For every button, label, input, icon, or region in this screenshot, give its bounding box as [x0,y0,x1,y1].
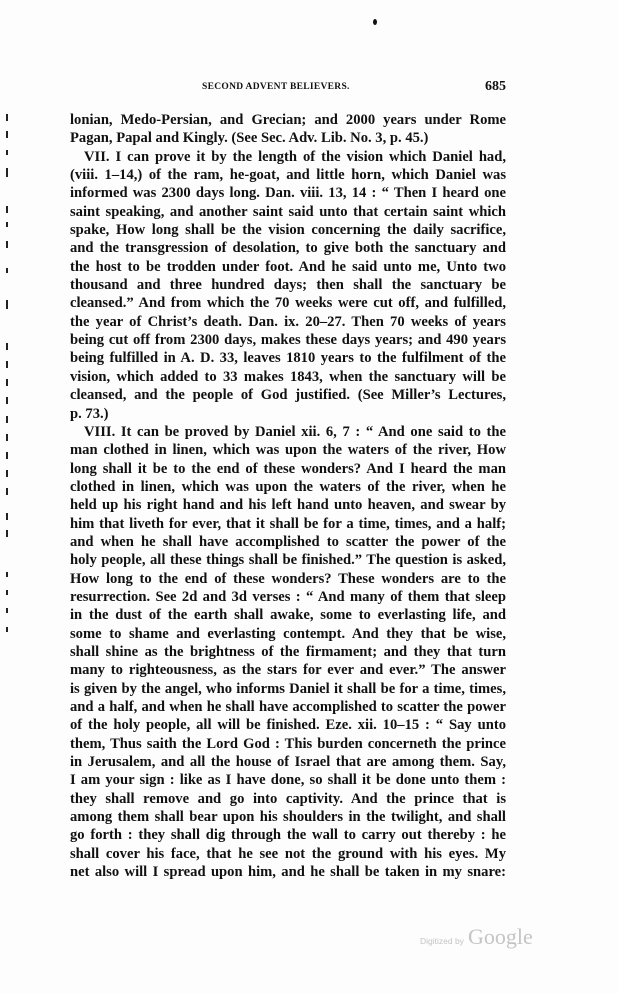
text-line: saint speaking, and another saint said u… [70,203,506,221]
text-line: some to shame and everlasting contempt. … [70,625,506,643]
text-line: long shall it be to the end of these won… [70,460,506,478]
ink-speck [373,19,377,25]
text-line: the host to be trodden under foot. And h… [70,258,506,276]
text-line: of the holy people, all will be finished… [70,716,506,734]
text-line: and a half, and when he shall have accom… [70,698,506,716]
page-number: 685 [485,79,506,95]
text-line: vision, which added to 33 makes 1843, wh… [70,368,506,386]
text-line: in Jerusalem, and all the house of Israe… [70,753,506,771]
text-line: shall cover his face, that he see not th… [70,845,506,863]
text-line: VII. I can prove it by the length of the… [70,148,506,166]
text-line: held up his right hand and his left hand… [70,496,506,514]
text-line: in the dust of the earth shall awake, so… [70,606,506,624]
text-line: and when he shall have accomplished to s… [70,533,506,551]
text-line: Pagan, Papal and Kingly. (See Sec. Adv. … [70,129,506,147]
text-line: p. 73.) [70,405,506,423]
text-line: holy people, all these things shall be f… [70,551,506,569]
text-line: them, Thus saith the Lord God : This bur… [70,735,506,753]
text-line: resurrection. See 2d and 3d verses : “ A… [70,588,506,606]
text-line: go forth : they shall dig through the wa… [70,826,506,844]
text-line: being fulfilled in A. D. 33, leaves 1810… [70,349,506,367]
text-line: cleansed, and the people of God justifie… [70,386,506,404]
text-line: clothed in linen, which was upon the wat… [70,478,506,496]
text-line: among them shall bear upon his shoulders… [70,808,506,826]
text-line: spake, How long shall be the vision conc… [70,221,506,239]
running-title: SECOND ADVENT BELIEVERS. [202,82,350,92]
text-line: is given by the angel, who informs Danie… [70,680,506,698]
watermark-prefix: Digitized by [420,936,464,946]
text-line: (viii. 1–14,) of the ram, he-goat, and l… [70,166,506,184]
text-line: lonian, Medo-Persian, and Grecian; and 2… [70,111,506,129]
text-line: thousand and three hundred days; then sh… [70,276,506,294]
left-margin-bleed-marks [6,0,18,993]
page-header: SECOND ADVENT BELIEVERS. 685 [70,80,506,98]
text-line: informed was 2300 days long. Dan. viii. … [70,184,506,202]
text-line: being cut off from 2300 days, makes thes… [70,331,506,349]
digitized-by-google-watermark: Digitized by Google [420,924,533,950]
text-line: man clothed in linen, which was upon the… [70,441,506,459]
text-line: him that liveth for ever, that it shall … [70,515,506,533]
text-line: many to righteousness, as the stars for … [70,661,506,679]
text-line: How long to the end of these wonders? Th… [70,570,506,588]
google-logo-text: Google [468,924,533,949]
text-line: cleansed.” And from which the 70 weeks w… [70,294,506,312]
text-line: net also will I spread upon him, and he … [70,863,506,881]
text-line: VIII. It can be proved by Daniel xii. 6,… [70,423,506,441]
text-line: they shall remove and go into captivity.… [70,790,506,808]
page-body-text: lonian, Medo-Persian, and Grecian; and 2… [70,111,506,881]
text-line: the year of Christ’s death. Dan. ix. 20–… [70,313,506,331]
text-line: and the transgression of desolation, to … [70,239,506,257]
text-line: I am your sign : like as I have done, so… [70,771,506,789]
text-line: shall shine as the brightness of the fir… [70,643,506,661]
